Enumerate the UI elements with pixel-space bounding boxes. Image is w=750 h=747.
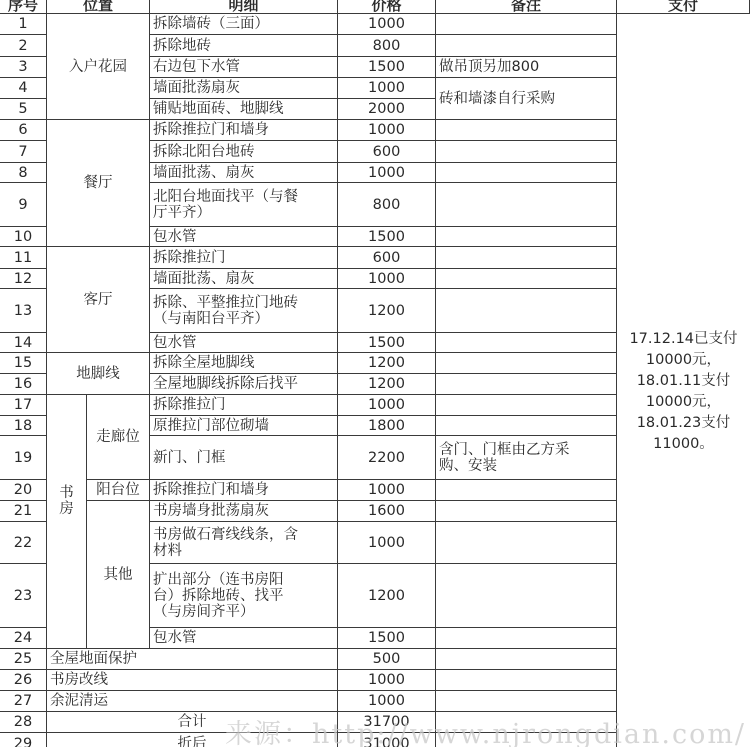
- note-empty: [436, 183, 617, 227]
- row-price-text: 600: [373, 144, 401, 160]
- row-detail-text: 拆除全屋地脚线: [153, 355, 255, 371]
- row-index-text: 15: [14, 355, 32, 371]
- row-index: 24: [0, 628, 47, 649]
- row-price: 1000: [338, 670, 436, 691]
- row-price: 1000: [338, 691, 436, 712]
- row-detail: 墙面批荡、扇灰: [150, 269, 338, 289]
- row-detail: 拆除、平整推拉门地砖 （与南阳台平齐）: [150, 289, 338, 333]
- row-index: 1: [0, 14, 47, 35]
- renovation-quote-table: 序号位置明细价格备注支付1拆除墙砖（三面）10002拆除地砖8003右边包下水管…: [0, 0, 750, 747]
- row-index-text: 14: [14, 335, 32, 351]
- row-index: 13: [0, 289, 47, 333]
- row-summary-label-text: 折后: [178, 736, 207, 747]
- row-detail: 拆除北阳台地砖: [150, 141, 338, 163]
- row-price: 1500: [338, 57, 436, 78]
- location-living: 客厅: [47, 247, 150, 353]
- row-price: 1200: [338, 289, 436, 333]
- row-index-text: 7: [18, 144, 27, 160]
- row-detail-text: 墙面批荡扇灰: [153, 80, 240, 96]
- row-detail-text: 墙面批荡、扇灰: [153, 165, 255, 181]
- row-price: 1000: [338, 120, 436, 141]
- row-index: 12: [0, 269, 47, 289]
- row-detail: 拆除推拉门和墙身: [150, 480, 338, 501]
- location-baseboard-text: 地脚线: [76, 366, 120, 382]
- note-empty: [436, 628, 617, 649]
- note-empty: [436, 395, 617, 416]
- row-index: 25: [0, 649, 47, 670]
- row-detail-text: 全屋地脚线拆除后找平: [153, 376, 298, 392]
- row-price-text: 2200: [368, 450, 405, 466]
- row-index: 6: [0, 120, 47, 141]
- row-index: 18: [0, 416, 47, 436]
- row-price-text: 1000: [368, 16, 405, 32]
- note-door: 含门、门框由乙方采 购、安装: [436, 436, 617, 480]
- row-price: 1000: [338, 522, 436, 564]
- row-index: 10: [0, 227, 47, 247]
- note-empty: [436, 141, 617, 163]
- row-price-text: 1500: [368, 229, 405, 245]
- location-study: 书 房: [47, 395, 87, 649]
- location-balcony-text: 阳台位: [96, 482, 140, 498]
- row-price-text: 1500: [368, 59, 405, 75]
- row-price-text: 1200: [368, 376, 405, 392]
- row-index-text: 22: [14, 535, 32, 551]
- note-empty: [436, 227, 617, 247]
- row-price-text: 1000: [368, 397, 405, 413]
- payment-record-text: 17.12.14已支付 10000元， 18.01.11支付 10000元， 1…: [629, 329, 737, 455]
- header-index-text: 序号: [8, 0, 38, 13]
- note-ceiling-text: 做吊顶另加800: [439, 59, 539, 75]
- row-detail-text: 包水管: [153, 630, 197, 646]
- row-detail: 包水管: [150, 628, 338, 649]
- note-empty: [436, 564, 617, 628]
- row-detail: 书房墙身批荡扇灰: [150, 501, 338, 522]
- row-price-text: 1800: [368, 418, 405, 434]
- row-index: 8: [0, 163, 47, 183]
- row-detail: 墙面批荡、扇灰: [150, 163, 338, 183]
- note-empty: [436, 670, 617, 691]
- row-price: 1000: [338, 78, 436, 99]
- row-detail-text: 书房改线: [50, 672, 108, 688]
- row-detail-text: 包水管: [153, 229, 197, 245]
- location-study-text: 书 房: [59, 485, 74, 517]
- note-empty: [436, 480, 617, 501]
- row-index-text: 2: [18, 38, 27, 54]
- note-empty: [436, 522, 617, 564]
- header-note-text: 备注: [511, 0, 541, 13]
- note-door-text: 含门、门框由乙方采 购、安装: [439, 442, 570, 474]
- note-empty: [436, 269, 617, 289]
- row-detail-text: 书房做石膏线线条，含 材料: [153, 527, 298, 559]
- row-price-text: 1000: [368, 482, 405, 498]
- row-index: 16: [0, 374, 47, 395]
- row-index-text: 1: [18, 16, 27, 32]
- note-empty: [436, 712, 617, 733]
- row-detail-text: 包水管: [153, 335, 197, 351]
- row-index: 27: [0, 691, 47, 712]
- row-index: 21: [0, 501, 47, 522]
- header-price: 价格: [338, 0, 436, 14]
- row-detail-text: 墙面批荡、扇灰: [153, 271, 255, 287]
- row-index: 23: [0, 564, 47, 628]
- row-price: 1200: [338, 374, 436, 395]
- row-detail: 拆除推拉门和墙身: [150, 120, 338, 141]
- row-price-text: 1200: [368, 355, 405, 371]
- row-detail-text: 余泥清运: [50, 693, 108, 709]
- header-payment-text: 支付: [668, 0, 698, 13]
- row-index-text: 26: [14, 672, 32, 688]
- row-index-text: 3: [18, 59, 27, 75]
- location-other-text: 其他: [104, 567, 133, 583]
- row-detail-text: 铺贴地面砖、地脚线: [153, 101, 284, 117]
- location-living-text: 客厅: [84, 292, 113, 308]
- row-detail: 墙面批荡扇灰: [150, 78, 338, 99]
- row-price-text: 1000: [368, 80, 405, 96]
- row-price-text: 1600: [368, 503, 405, 519]
- row-index-text: 13: [14, 303, 32, 319]
- row-price-text: 1000: [368, 535, 405, 551]
- row-detail: 右边包下水管: [150, 57, 338, 78]
- row-index-text: 5: [18, 101, 27, 117]
- note-empty: [436, 333, 617, 353]
- row-price: 800: [338, 35, 436, 57]
- row-detail: 包水管: [150, 227, 338, 247]
- row-detail-text: 原推拉门部位砌墙: [153, 418, 269, 434]
- header-location: 位置: [47, 0, 150, 14]
- row-index-text: 4: [18, 80, 27, 96]
- row-index: 9: [0, 183, 47, 227]
- row-detail-text: 拆除、平整推拉门地砖 （与南阳台平齐）: [153, 295, 298, 327]
- row-index: 3: [0, 57, 47, 78]
- location-balcony: 阳台位: [87, 480, 150, 501]
- row-price: 31700: [338, 712, 436, 733]
- header-payment: 支付: [617, 0, 750, 14]
- row-index-text: 12: [14, 271, 32, 287]
- row-index-text: 6: [18, 122, 27, 138]
- header-price-text: 价格: [371, 0, 401, 13]
- row-detail: 拆除推拉门: [150, 247, 338, 269]
- note-empty: [436, 163, 617, 183]
- row-detail-text: 拆除墙砖（三面）: [153, 16, 269, 32]
- row-index-text: 8: [18, 165, 27, 181]
- note-self-purchase: 砖和墙漆自行采购: [436, 78, 617, 120]
- row-price-text: 1500: [368, 630, 405, 646]
- row-price: 600: [338, 247, 436, 269]
- row-index-text: 25: [14, 651, 32, 667]
- row-index-text: 10: [14, 229, 32, 245]
- row-detail: 扩出部分（连书房阳 台）拆除地砖、找平 （与房间齐平）: [150, 564, 338, 628]
- row-price: 800: [338, 183, 436, 227]
- row-detail-text: 拆除推拉门: [153, 250, 226, 266]
- row-detail-text: 书房墙身批荡扇灰: [153, 503, 269, 519]
- row-price-text: 800: [373, 38, 401, 54]
- row-price-text: 1000: [368, 672, 405, 688]
- row-detail: 拆除全屋地脚线: [150, 353, 338, 374]
- row-price: 1200: [338, 564, 436, 628]
- row-price: 1200: [338, 353, 436, 374]
- row-index: 15: [0, 353, 47, 374]
- row-price: 1600: [338, 501, 436, 522]
- row-index-text: 18: [14, 418, 32, 434]
- row-price-text: 31000: [363, 736, 409, 747]
- row-index: 5: [0, 99, 47, 120]
- row-price-text: 1500: [368, 335, 405, 351]
- row-summary-label: 折后: [47, 733, 338, 747]
- row-index: 22: [0, 522, 47, 564]
- row-detail: 拆除墙砖（三面）: [150, 14, 338, 35]
- note-empty: [436, 289, 617, 333]
- row-detail: 铺贴地面砖、地脚线: [150, 99, 338, 120]
- note-ceiling: 做吊顶另加800: [436, 57, 617, 78]
- location-corridor-text: 走廊位: [96, 429, 140, 445]
- row-price: 1000: [338, 269, 436, 289]
- row-price: 2000: [338, 99, 436, 120]
- row-detail-text: 右边包下水管: [153, 59, 240, 75]
- row-detail: 拆除地砖: [150, 35, 338, 57]
- row-index-text: 24: [14, 630, 32, 646]
- row-index-text: 21: [14, 503, 32, 519]
- row-price-text: 1200: [368, 303, 405, 319]
- row-index-text: 23: [14, 588, 32, 604]
- row-index: 28: [0, 712, 47, 733]
- note-empty: [436, 120, 617, 141]
- row-index: 19: [0, 436, 47, 480]
- row-detail: 书房改线: [47, 670, 338, 691]
- row-index-text: 29: [14, 736, 32, 747]
- location-baseboard: 地脚线: [47, 353, 150, 395]
- row-price-text: 600: [373, 250, 401, 266]
- row-price: 1000: [338, 480, 436, 501]
- row-detail-text: 拆除推拉门和墙身: [153, 122, 269, 138]
- row-price-text: 1000: [368, 271, 405, 287]
- row-detail-text: 全屋地面保护: [50, 651, 137, 667]
- row-price: 600: [338, 141, 436, 163]
- note-self-purchase-text: 砖和墙漆自行采购: [439, 91, 555, 107]
- row-index-text: 20: [14, 482, 32, 498]
- row-price: 1500: [338, 227, 436, 247]
- row-index-text: 27: [14, 693, 32, 709]
- row-index-text: 19: [14, 450, 32, 466]
- note-empty: [436, 501, 617, 522]
- row-detail: 原推拉门部位砌墙: [150, 416, 338, 436]
- header-detail: 明细: [150, 0, 338, 14]
- row-detail: 全屋地面保护: [47, 649, 338, 670]
- row-detail-text: 拆除推拉门: [153, 397, 226, 413]
- row-price: 2200: [338, 436, 436, 480]
- row-price: 1800: [338, 416, 436, 436]
- row-index: 14: [0, 333, 47, 353]
- header-index: 序号: [0, 0, 47, 14]
- row-index-text: 17: [14, 397, 32, 413]
- row-price-text: 1000: [368, 693, 405, 709]
- row-detail-text: 拆除北阳台地砖: [153, 144, 255, 160]
- row-summary-label: 合计: [47, 712, 338, 733]
- row-index-text: 28: [14, 714, 32, 730]
- row-price-text: 2000: [368, 101, 405, 117]
- note-empty: [436, 14, 617, 35]
- row-price: 1000: [338, 163, 436, 183]
- note-empty: [436, 649, 617, 670]
- location-dining-text: 餐厅: [84, 175, 113, 191]
- row-detail: 北阳台地面找平（与餐 厅平齐）: [150, 183, 338, 227]
- note-empty: [436, 374, 617, 395]
- row-index: 4: [0, 78, 47, 99]
- header-note: 备注: [436, 0, 617, 14]
- location-entry-garden-text: 入户花园: [69, 59, 127, 75]
- row-detail: 拆除推拉门: [150, 395, 338, 416]
- location-corridor: 走廊位: [87, 395, 150, 480]
- note-empty: [436, 35, 617, 57]
- row-detail: 包水管: [150, 333, 338, 353]
- note-empty: [436, 247, 617, 269]
- row-price-text: 800: [373, 197, 401, 213]
- row-index-text: 9: [18, 197, 27, 213]
- row-price-text: 500: [373, 651, 401, 667]
- note-empty: [436, 733, 617, 747]
- row-detail: 全屋地脚线拆除后找平: [150, 374, 338, 395]
- row-detail: 余泥清运: [47, 691, 338, 712]
- location-other: 其他: [87, 501, 150, 649]
- note-empty: [436, 416, 617, 436]
- location-entry-garden: 入户花园: [47, 14, 150, 120]
- row-detail-text: 扩出部分（连书房阳 台）拆除地砖、找平 （与房间齐平）: [153, 572, 284, 620]
- row-price-text: 1200: [368, 588, 405, 604]
- row-index-text: 16: [14, 376, 32, 392]
- row-index: 20: [0, 480, 47, 501]
- row-summary-label-text: 合计: [178, 714, 207, 730]
- note-empty: [436, 691, 617, 712]
- header-location-text: 位置: [83, 0, 113, 13]
- row-index-text: 11: [14, 250, 32, 266]
- row-price-text: 1000: [368, 122, 405, 138]
- row-index: 29: [0, 733, 47, 747]
- row-detail-text: 新门、门框: [153, 450, 226, 466]
- row-price-text: 1000: [368, 165, 405, 181]
- row-price-text: 31700: [363, 714, 409, 730]
- row-detail-text: 拆除地砖: [153, 38, 211, 54]
- row-detail: 新门、门框: [150, 436, 338, 480]
- row-index: 17: [0, 395, 47, 416]
- row-detail-text: 拆除推拉门和墙身: [153, 482, 269, 498]
- note-empty: [436, 353, 617, 374]
- row-detail: 书房做石膏线线条，含 材料: [150, 522, 338, 564]
- row-price: 1000: [338, 14, 436, 35]
- location-dining: 餐厅: [47, 120, 150, 247]
- row-index: 2: [0, 35, 47, 57]
- row-index: 11: [0, 247, 47, 269]
- payment-record: 17.12.14已支付 10000元， 18.01.11支付 10000元， 1…: [617, 14, 750, 747]
- row-price: 1000: [338, 395, 436, 416]
- row-price: 31000: [338, 733, 436, 747]
- row-price: 500: [338, 649, 436, 670]
- row-detail-text: 北阳台地面找平（与餐 厅平齐）: [153, 189, 298, 221]
- row-price: 1500: [338, 333, 436, 353]
- row-index: 7: [0, 141, 47, 163]
- row-index: 26: [0, 670, 47, 691]
- header-detail-text: 明细: [228, 0, 258, 13]
- row-price: 1500: [338, 628, 436, 649]
